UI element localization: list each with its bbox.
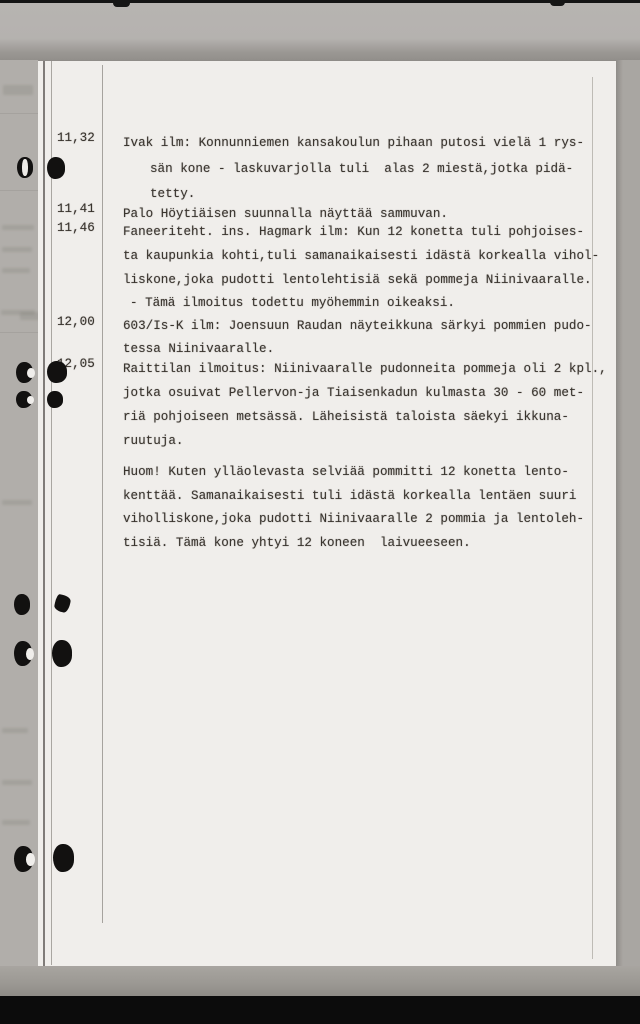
entry-line: sän kone - laskuvarjolla tuli alas 2 mie…	[123, 157, 616, 183]
scanner-band-top	[0, 3, 640, 60]
entry-time: 12,00	[57, 315, 95, 329]
ghost-rule	[0, 332, 38, 333]
entry-line: Huom! Kuten ylläolevasta selviää pommitt…	[123, 461, 616, 485]
entry-line: - Tämä ilmoitus todettu myöhemmin oikeak…	[123, 292, 616, 316]
page-edge-shadow	[616, 60, 623, 966]
log-entry: Huom! Kuten ylläolevasta selviää pommitt…	[38, 461, 616, 555]
ghost-mark	[2, 500, 32, 505]
ink-blot	[53, 844, 74, 872]
entry-time: 11,32	[57, 131, 95, 145]
entry-line: jotka osuivat Pellervon-ja Tiaisenkadun …	[123, 381, 616, 405]
entry-line: viholliskone,joka pudotti Niinivaaralle …	[123, 508, 616, 532]
ghost-mark	[2, 247, 32, 252]
ink-blot	[52, 640, 72, 667]
entry-line: Raittilan ilmoitus: Niinivaaralle pudonn…	[123, 357, 616, 381]
entry-line: ta kaupunkia kohti,tuli samanaikaisesti …	[123, 245, 616, 269]
scanner-margin-left	[0, 60, 38, 966]
entry-line: tisiä. Tämä kone yhtyi 12 koneen laivuee…	[123, 532, 616, 556]
entry-line: Faneeriteht. ins. Hagmark ilm: Kun 12 ko…	[123, 221, 616, 245]
entry-line: 603/Is-K ilm: Joensuun Raudan näyteikkun…	[123, 315, 616, 338]
punch-hole	[16, 362, 33, 383]
ghost-mark	[3, 85, 33, 95]
paper-sheet: 11,32Ivak ilm: Konnunniemen kansakoulun …	[38, 60, 616, 969]
ink-blot	[47, 361, 67, 383]
log-entry: 12,00603/Is-K ilm: Joensuun Raudan näyte…	[38, 315, 616, 360]
entry-line: ruutuja.	[123, 429, 616, 453]
scan-edge-bottom	[0, 996, 640, 1024]
entry-line: kenttää. Samanaikaisesti tuli idästä kor…	[123, 485, 616, 509]
binder-tab	[113, 0, 130, 7]
ghost-mark	[2, 225, 34, 230]
ghost-mark	[2, 820, 30, 825]
scanner-band-bottom	[0, 966, 640, 996]
entry-line: riä pohjoiseen metsässä. Läheisistä talo…	[123, 405, 616, 429]
entry-time: 11,41	[57, 202, 95, 216]
entry-time: 11,46	[57, 221, 95, 235]
ghost-rule	[0, 113, 38, 114]
log-entry: 11,32Ivak ilm: Konnunniemen kansakoulun …	[38, 131, 616, 208]
ghost-mark	[2, 780, 32, 785]
punch-hole	[14, 594, 30, 615]
entry-line: Ivak ilm: Konnunniemen kansakoulun pihaa…	[123, 131, 616, 157]
ghost-mark	[1, 310, 35, 315]
punch-hole	[14, 846, 33, 872]
ghost-mark	[2, 268, 30, 273]
scanned-log-page: JOENSUUN KAUPUNGIN 11,32Ivak ilm: Konnun…	[0, 0, 640, 1024]
ink-blot	[47, 157, 65, 179]
punch-hole	[16, 391, 32, 408]
binder-tab	[550, 0, 565, 6]
entry-line: liskone,joka pudotti lentolehtisiä sekä …	[123, 269, 616, 293]
log-entry: 11,46Faneeriteht. ins. Hagmark ilm: Kun …	[38, 221, 616, 316]
log-entry: 12,05Raittilan ilmoitus: Niinivaaralle p…	[38, 357, 616, 453]
ghost-rule	[0, 190, 38, 191]
ghost-mark	[2, 728, 28, 733]
ink-blot	[47, 391, 63, 408]
punch-hole	[17, 157, 33, 178]
punch-hole	[14, 641, 32, 666]
